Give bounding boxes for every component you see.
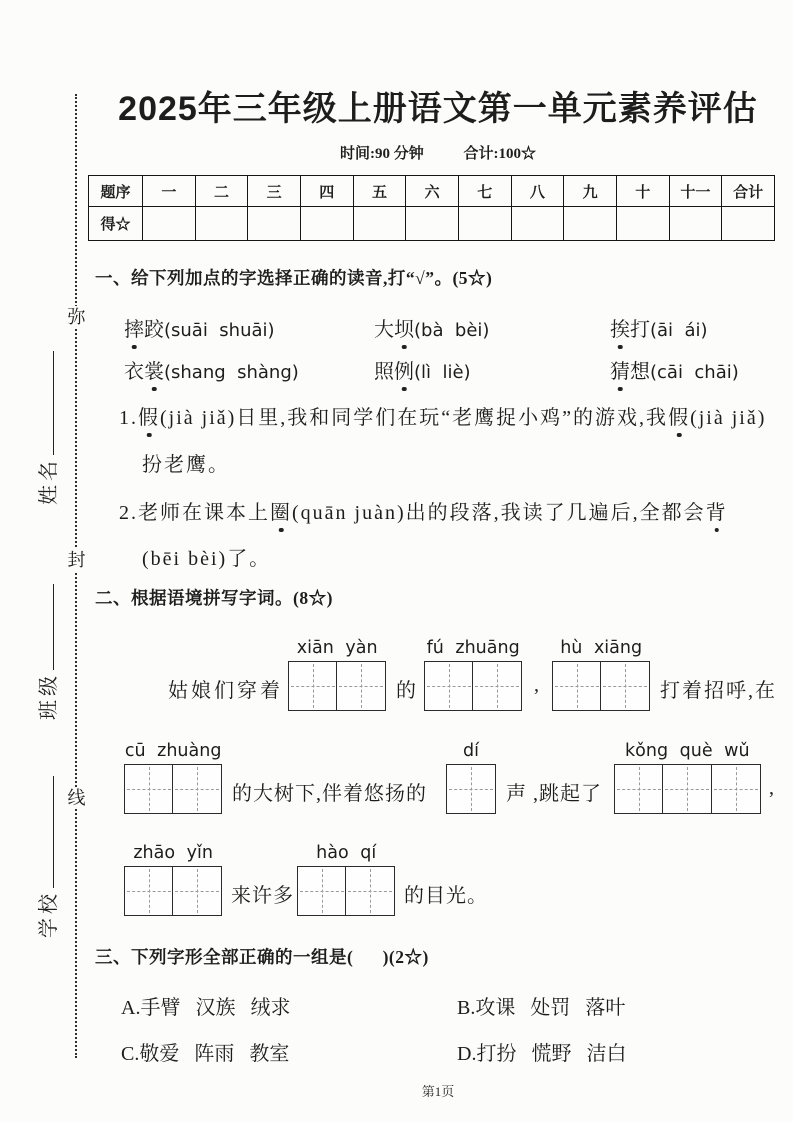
pinyin-label: hào qí — [297, 843, 395, 863]
section-three-heading: 三、下列字形全部正确的一组是( )(2☆) — [95, 944, 429, 969]
score-blank-cell — [406, 207, 459, 241]
score-blank-cell — [616, 207, 669, 241]
pinyin-grid-fuzhuang: fú zhuāng — [424, 661, 522, 711]
score-header-cell: 一 — [143, 176, 196, 207]
class-field: 班级 — [32, 570, 58, 720]
line3-mid-text: 来许多 — [231, 879, 294, 908]
writing-cell — [172, 866, 222, 916]
pinyin-grid-kongquewu: kǒng què wǔ — [614, 764, 761, 814]
sentence-1-line-2: 扮老鹰。 — [142, 448, 230, 477]
score-blank-cell — [195, 207, 248, 241]
score-blank-cell — [248, 207, 301, 241]
score-blank-cell — [300, 207, 353, 241]
score-header-cell: 七 — [458, 176, 511, 207]
line1-mid-text: 的 — [396, 674, 416, 703]
writing-cell — [711, 764, 761, 814]
pronunciation-item: 衣裳(shang shàng) — [124, 355, 299, 384]
line3-tail-text: 的目光。 — [404, 879, 488, 908]
score-blank-cell — [353, 207, 406, 241]
pinyin-grid-cuzhuang: cū zhuàng — [124, 764, 222, 814]
score-blank-cell — [722, 207, 775, 241]
student-name-field: 姓名 — [32, 337, 58, 505]
student-name-blank-line — [53, 351, 54, 455]
score-row-label: 得☆ — [89, 207, 143, 241]
pinyin-label: cū zhuàng — [124, 741, 222, 761]
pinyin-label: dí — [446, 741, 496, 761]
pinyin-label: hù xiāng — [552, 638, 650, 658]
option-d: D.打扮 慌野 洁白 — [457, 1037, 626, 1066]
time-limit: 时间:90 分钟 — [340, 146, 424, 162]
pinyin-grid-zhaoyin: zhāo yǐn — [124, 866, 222, 916]
score-header-cell: 十 — [616, 176, 669, 207]
score-header-cell: 二 — [195, 176, 248, 207]
score-header-cell: 八 — [511, 176, 564, 207]
writing-cell — [288, 661, 338, 711]
pinyin-grid-haoqi: hào qí — [297, 866, 395, 916]
writing-cell — [336, 661, 386, 711]
seal-char-xian: 线 — [64, 787, 89, 809]
score-blank-cell — [143, 207, 196, 241]
writing-cell — [614, 764, 664, 814]
pinyin-grid-xianyan: xiān yàn — [288, 661, 386, 711]
writing-cell — [172, 764, 222, 814]
sentence-1-line-1: 1.假(jià jiǎ)日里,我和同学们在玩“老鹰捉小鸡”的游戏,我假(jià … — [119, 401, 766, 430]
pronunciation-item: 照例(lì liè) — [374, 355, 471, 384]
option-a: A.手臂 汉族 绒求 — [121, 991, 290, 1020]
exam-meta: 时间:90 分钟 合计:100☆ — [88, 142, 788, 163]
writing-cell — [446, 764, 496, 814]
section-two-heading: 二、根据语境拼写字词。(8☆) — [95, 585, 333, 610]
seal-char-feng: 封 — [64, 549, 89, 571]
writing-cell — [552, 661, 602, 711]
line1-comma: , — [534, 674, 539, 697]
score-table: 题序 一 二 三 四 五 六 七 八 九 十 十一 合计 得☆ — [88, 175, 775, 241]
writing-cell — [345, 866, 395, 916]
sentence-2-line-2: (bēi bèi)了。 — [142, 542, 271, 571]
line2-mid-text-2: 声 ,跳起了 — [506, 777, 602, 806]
score-header-cell: 题序 — [89, 176, 143, 207]
page-title: 2025年三年级上册语文第一单元素养评估 — [88, 81, 788, 130]
pronunciation-item: 猜想(cāi chāi) — [610, 355, 739, 384]
score-blank-cell — [564, 207, 617, 241]
school-label: 学校 — [32, 890, 61, 938]
pinyin-label: kǒng què wǔ — [614, 741, 761, 761]
score-header-cell: 十一 — [669, 176, 722, 207]
pinyin-grid-di: dí — [446, 764, 496, 814]
student-name-label: 姓名 — [32, 457, 61, 505]
pinyin-label: fú zhuāng — [424, 638, 522, 658]
score-blank-cell — [511, 207, 564, 241]
writing-cell — [472, 661, 522, 711]
score-table-score-row: 得☆ — [89, 207, 775, 241]
writing-cell — [124, 866, 174, 916]
sentence-2-line-1: 2.老师在课本上圈(quān juàn)出的段落,我读了几遍后,全都会背 — [119, 496, 728, 525]
line2-mid-text-1: 的大树下,伴着悠扬的 — [232, 777, 427, 806]
pronunciation-item: 挨打(āi ái) — [610, 313, 708, 342]
score-header-cell: 合计 — [722, 176, 775, 207]
score-header-cell: 四 — [300, 176, 353, 207]
writing-cell — [600, 661, 650, 711]
line1-lead-text: 姑娘们穿着 — [168, 674, 283, 703]
class-label: 班级 — [32, 672, 61, 720]
pinyin-label: zhāo yǐn — [124, 843, 222, 863]
pronunciation-item: 大坝(bà bèi) — [374, 313, 489, 342]
school-blank-line — [53, 776, 54, 888]
score-header-cell: 三 — [248, 176, 301, 207]
pinyin-label: xiān yàn — [288, 638, 386, 658]
score-header-cell: 九 — [564, 176, 617, 207]
score-header-cell: 五 — [353, 176, 406, 207]
option-c: C.敬爱 阵雨 教室 — [121, 1037, 289, 1066]
score-blank-cell — [669, 207, 722, 241]
writing-cell — [662, 764, 712, 814]
pronunciation-item: 摔跤(suāi shuāi) — [124, 313, 275, 342]
writing-cell — [424, 661, 474, 711]
line2-tail-comma: , — [769, 777, 774, 800]
score-table-header-row: 题序 一 二 三 四 五 六 七 八 九 十 十一 合计 — [89, 176, 775, 207]
exam-paper-page: 弥 封 线 姓名 班级 学校 2025年三年级上册语文第一单元素养评估 时间:9… — [0, 0, 793, 1122]
total-score: 合计:100☆ — [464, 146, 537, 162]
score-blank-cell — [458, 207, 511, 241]
score-header-cell: 六 — [406, 176, 459, 207]
page-number: 第1页 — [88, 1081, 788, 1100]
writing-cell — [297, 866, 347, 916]
section-one-heading: 一、给下列加点的字选择正确的读音,打“√”。(5☆) — [95, 265, 492, 290]
school-field: 学校 — [32, 762, 58, 938]
option-b: B.攻课 处罚 落叶 — [457, 991, 625, 1020]
pinyin-grid-huxiang: hù xiāng — [552, 661, 650, 711]
writing-cell — [124, 764, 174, 814]
seal-dotted-line — [75, 94, 77, 1058]
seal-char-mi: 弥 — [64, 306, 89, 328]
class-blank-line — [53, 584, 54, 670]
line1-tail-text: 打着招呼,在 — [660, 674, 777, 703]
